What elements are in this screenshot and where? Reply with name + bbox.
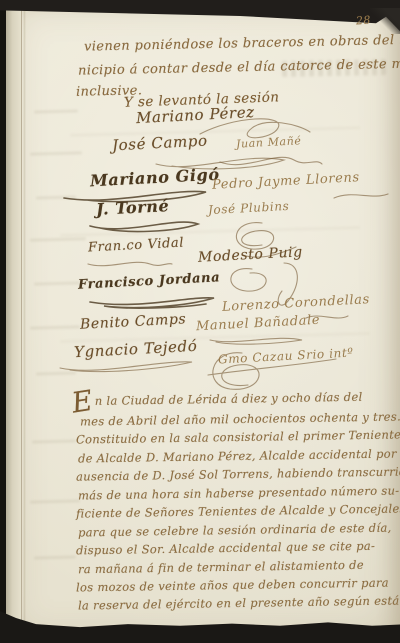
folded-corner [370,8,400,34]
scanned-manuscript-page: 28 vienen poniéndose los braceros en obr… [0,0,400,643]
signature: Benito Camps [80,314,186,330]
rubric-flourish [84,252,174,274]
signature: José Campo [112,134,208,152]
signature: Juan Mañé [236,136,301,149]
signature: Gmo Cazau Srio intº [218,349,354,363]
previous-page-edge [6,4,22,640]
signature: Ygnacio Tejedó [74,340,197,358]
signature: José Plubins [208,201,289,215]
page-number: 28 [356,13,372,27]
binding-crease [24,10,25,630]
signature: Mariano Pérez [136,106,255,124]
book-gutter [0,0,6,643]
signature: Lorenzo Corondellas [222,296,370,311]
drop-cap: E [71,396,93,409]
signature: Francisco Jordana [78,274,220,289]
rubric-flourish [332,186,392,206]
signature: J. Torné [96,198,169,217]
signature: Pedro Jayme Llorens [212,174,360,189]
signature: Manuel Bañadale [196,316,320,331]
signature: Modesto Puig [198,247,303,263]
signature: Fran.co Vidal [88,238,184,253]
signature: Mariano Gigó [90,168,220,187]
rubric-flourish [88,288,218,314]
